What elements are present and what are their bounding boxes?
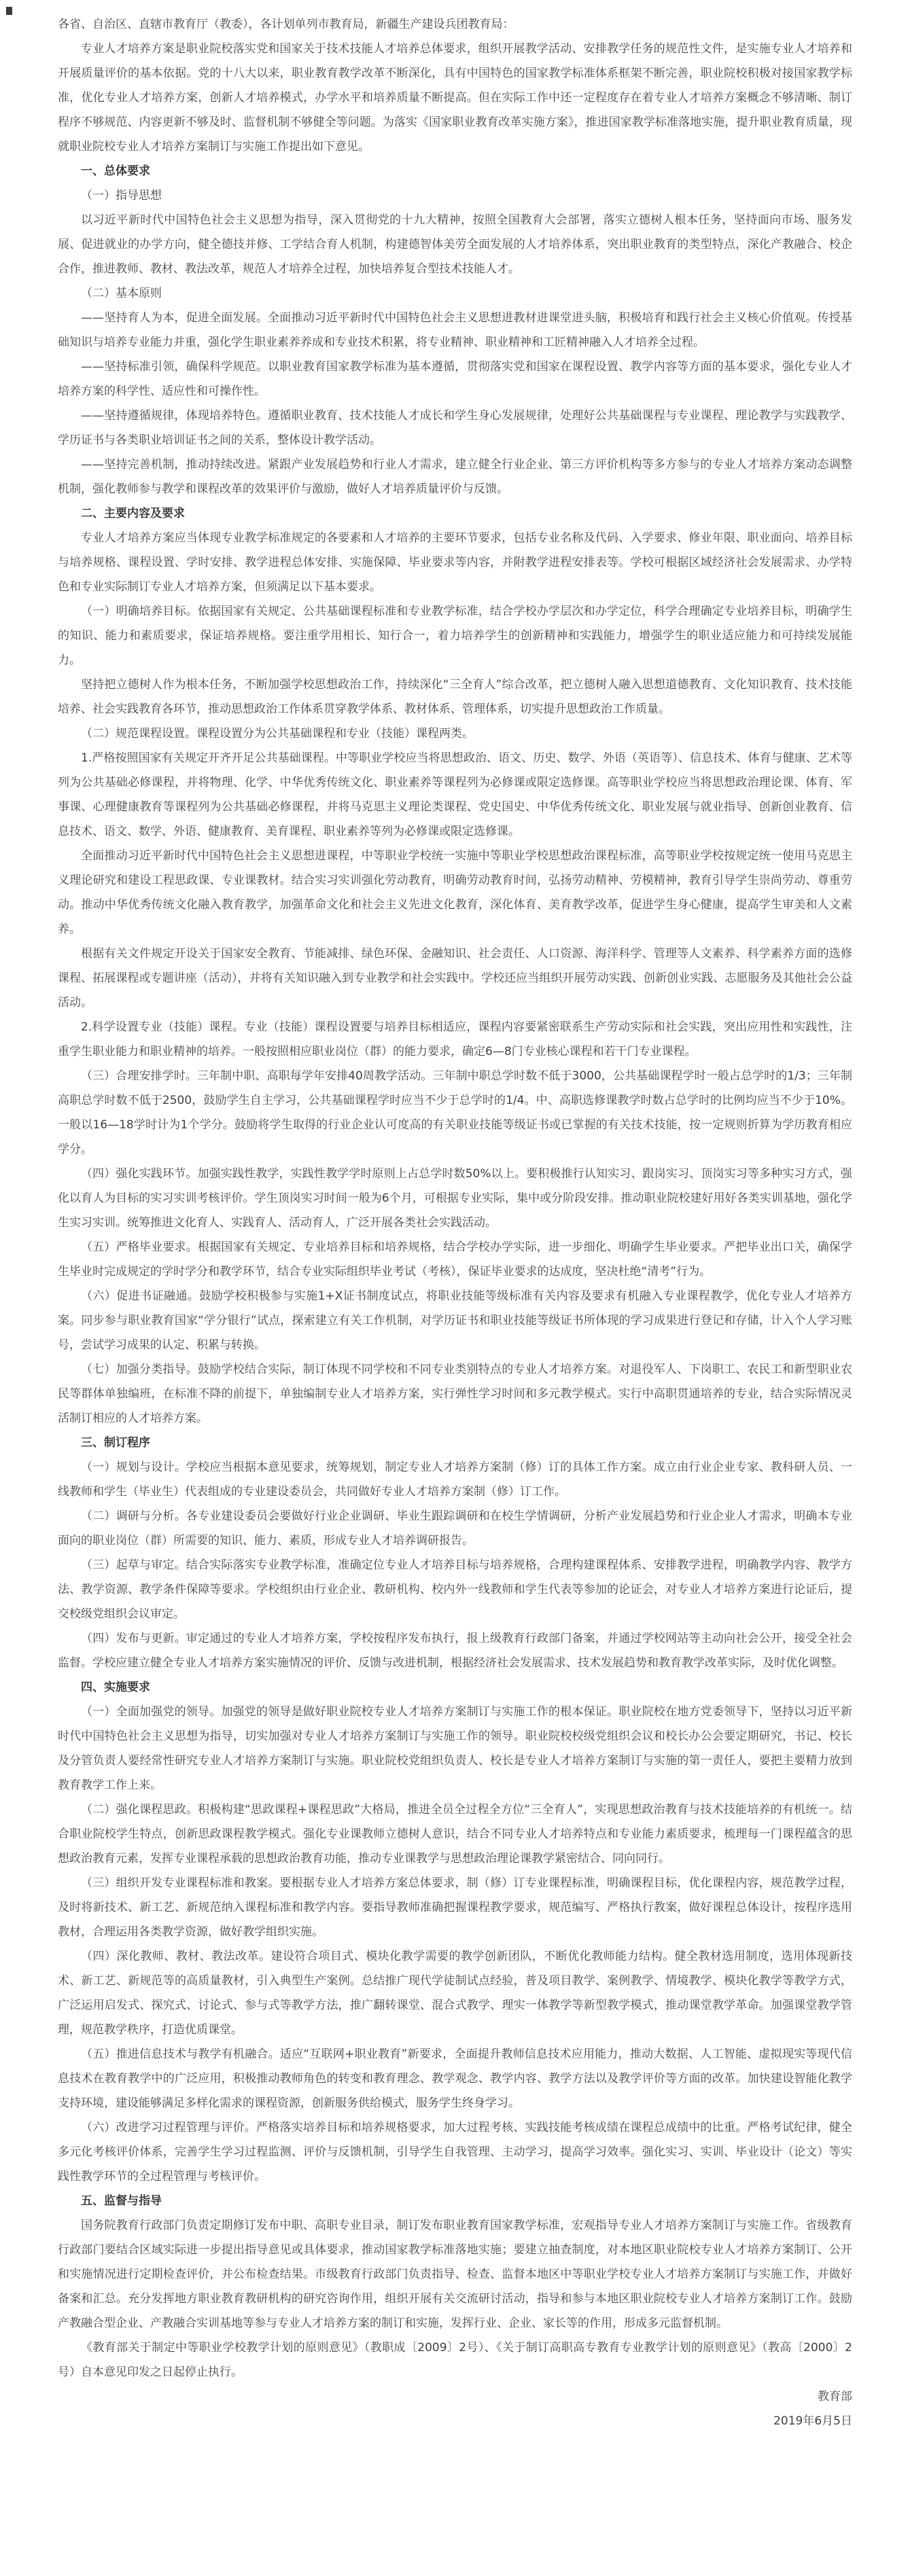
doc-paragraph: （二）规范课程设置。课程设置分为公共基础课程和专业（技能）课程两类。 [58, 721, 852, 746]
document-page: 各省、自治区、直辖市教育厅（教委），各计划单列市教育局，新疆生产建设兵团教育局：… [0, 0, 910, 2576]
doc-paragraph: （四）深化教师、教材、教法改革。建设符合项目式、模块化教学需要的教学创新团队，不… [58, 1944, 852, 2042]
doc-paragraph: （三）组织开发专业课程标准和教案。要根据专业人才培养方案总体要求，制（修）订专业… [58, 1871, 852, 1944]
section-heading: 一、总体要求 [58, 159, 852, 183]
section-heading: 二、主要内容及要求 [58, 501, 852, 526]
salutation-line: 各省、自治区、直辖市教育厅（教委），各计划单列市教育局，新疆生产建设兵团教育局： [58, 12, 852, 37]
doc-paragraph: （二）基本原则 [58, 281, 852, 306]
doc-paragraph: ——坚持完善机制，推动持续改进。紧跟产业发展趋势和行业人才需求，建立健全行业企业… [58, 452, 852, 501]
section-heading: 五、监督与指导 [58, 2189, 852, 2213]
signature-line: 2019年6月5日 [58, 2409, 852, 2433]
doc-paragraph: 坚持把立德树人作为根本任务，不断加强学校思想政治工作，持续深化“三全育人”综合改… [58, 673, 852, 721]
doc-paragraph: （六）促进书证融通。鼓励学校积极参与实施1+X证书制度试点，将职业技能等级标准有… [58, 1284, 852, 1357]
doc-paragraph: 专业人才培养方案是职业院校落实党和国家关于技术技能人才培养总体要求，组织开展教学… [58, 37, 852, 159]
doc-paragraph: （五）推进信息技术与教学有机融合。适应“互联网+职业教育”新要求，全面提升教师信… [58, 2042, 852, 2115]
doc-paragraph: 2.科学设置专业（技能）课程。专业（技能）课程设置要与培养目标相适应，课程内容要… [58, 1015, 852, 1064]
doc-paragraph: （四）发布与更新。审定通过的专业人才培养方案，学校按程序发布执行，报上级教育行政… [58, 1626, 852, 1675]
doc-paragraph: 专业人才培养方案应当体现专业教学标准规定的各要素和人才培养的主要环节要求，包括专… [58, 526, 852, 599]
doc-paragraph: （二）强化课程思政。积极构建“思政课程+课程思政”大格局，推进全员全过程全方位“… [58, 1797, 852, 1871]
doc-paragraph: ——坚持标准引领，确保科学规范。以职业教育国家教学标准为基本遵循，贯彻落实党和国… [58, 355, 852, 404]
doc-paragraph: （一）规划与设计。学校应当根据本意见要求，统筹规划，制定专业人才培养方案制（修）… [58, 1455, 852, 1504]
doc-paragraph: ——坚持遵循规律，体现培养特色。遵循职业教育、技术技能人才成长和学生身心发展规律… [58, 404, 852, 452]
doc-paragraph: （七）加强分类指导。鼓励学校结合实际，制订体现不同学校和不同专业类别特点的专业人… [58, 1357, 852, 1431]
doc-paragraph: （三）合理安排学时。三年制中职、高职每学年安排40周教学活动。三年制中职总学时数… [58, 1064, 852, 1162]
doc-paragraph: （一）全面加强党的领导。加强党的领导是做好职业院校专业人才培养方案制订与实施工作… [58, 1700, 852, 1797]
section-heading: 三、制订程序 [58, 1431, 852, 1455]
doc-paragraph: （二）调研与分析。各专业建设委员会要做好行业企业调研、毕业生跟踪调研和在校生学情… [58, 1504, 852, 1553]
corner-artifact [6, 7, 12, 15]
doc-paragraph: 根据有关文件规定开设关于国家安全教育、节能减排、绿色环保、金融知识、社会责任、人… [58, 942, 852, 1015]
doc-paragraph: 以习近平新时代中国特色社会主义思想为指导，深入贯彻党的十九大精神，按照全国教育大… [58, 208, 852, 281]
signature-line: 教育部 [58, 2384, 852, 2409]
doc-paragraph: （五）严格毕业要求。根据国家有关规定、专业培养目标和培养规格，结合学校办学实际，… [58, 1235, 852, 1284]
doc-paragraph: （一）明确培养目标。依据国家有关规定、公共基础课程标准和专业教学标准，结合学校办… [58, 599, 852, 673]
doc-paragraph: （一）指导思想 [58, 183, 852, 208]
section-heading: 四、实施要求 [58, 1675, 852, 1700]
document-body: 各省、自治区、直辖市教育厅（教委），各计划单列市教育局，新疆生产建设兵团教育局：… [0, 0, 910, 2471]
doc-paragraph: 全面推动习近平新时代中国特色社会主义思想进课程，中等职业学校统一实施中等职业学校… [58, 844, 852, 942]
doc-paragraph: （六）改进学习过程管理与评价。严格落实培养目标和培养规格要求，加大过程考核、实践… [58, 2115, 852, 2189]
doc-paragraph: 国务院教育行政部门负责定期修订发布中职、高职专业目录，制订发布职业教育国家教学标… [58, 2213, 852, 2336]
doc-paragraph: 1.严格按照国家有关规定开齐开足公共基础课程。中等职业学校应当将思想政治、语文、… [58, 746, 852, 844]
doc-paragraph: ——坚持育人为本，促进全面发展。全面推动习近平新时代中国特色社会主义思想进教材进… [58, 306, 852, 355]
doc-paragraph: （四）强化实践环节。加强实践性教学，实践性教学学时原则上占总学时数50%以上。要… [58, 1162, 852, 1235]
doc-paragraph: 《教育部关于制定中等职业学校教学计划的原则意见》（教职成〔2009〕2号）、《关… [58, 2336, 852, 2384]
doc-paragraph: （三）起草与审定。结合实际落实专业教学标准，准确定位专业人才培养目标与培养规格，… [58, 1553, 852, 1626]
